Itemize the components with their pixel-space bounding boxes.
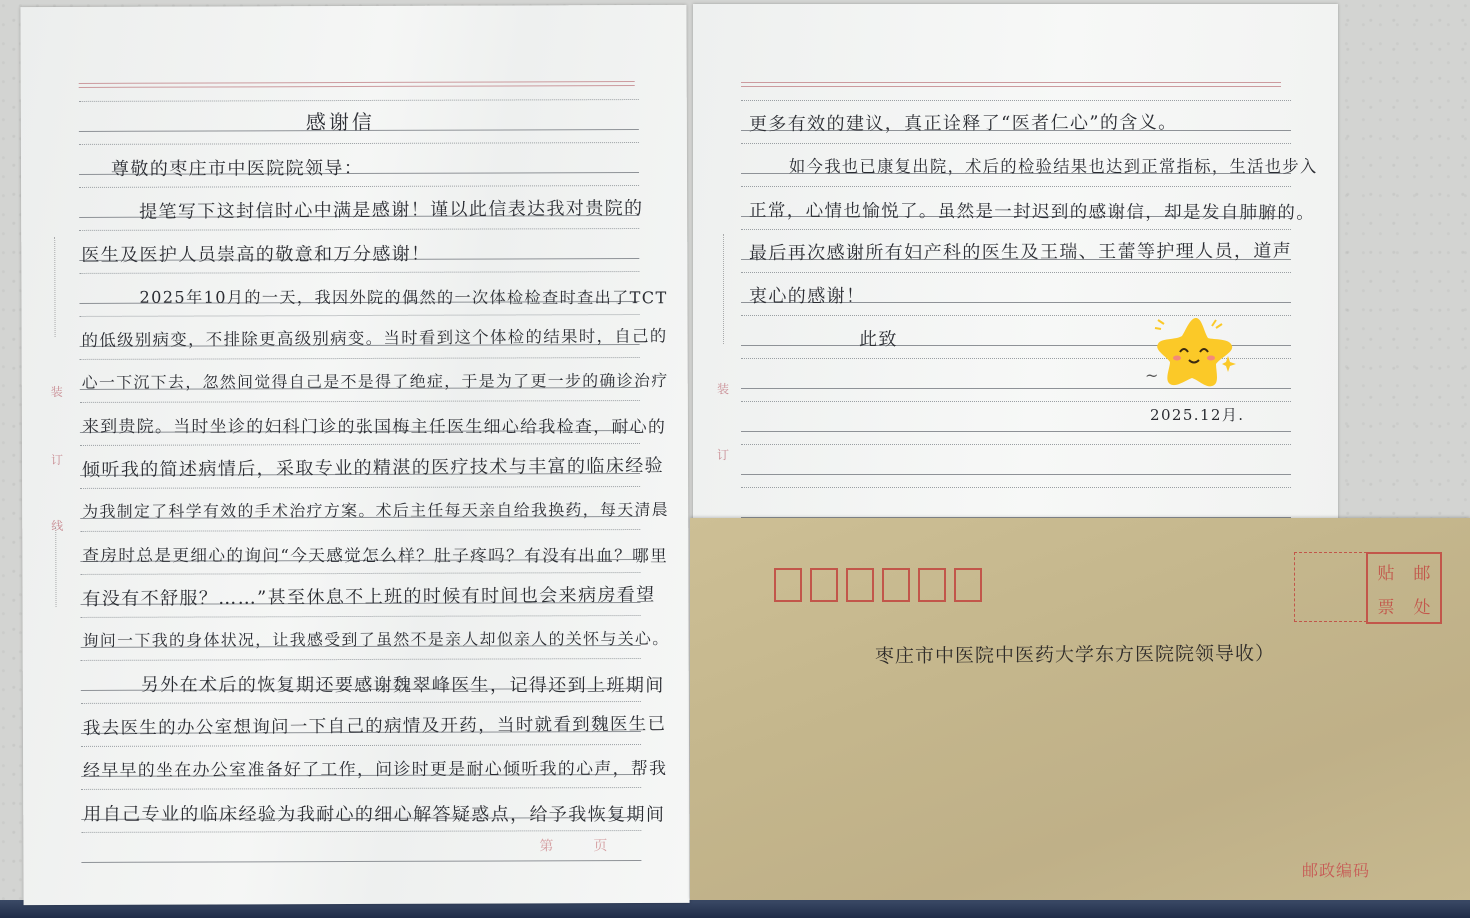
ruled-line: [741, 272, 1291, 273]
margin-mark-zhuang: 装: [51, 383, 63, 400]
page-footer: 第页: [539, 835, 647, 855]
letter-page-1-line: 医生及医护人员崇高的敬意和万分感谢！: [81, 240, 430, 267]
ruled-line: [80, 443, 640, 446]
binding-dots: [723, 234, 724, 344]
binding-dots: [54, 237, 55, 337]
ruled-line: [80, 400, 640, 403]
letter-page-1-line: 来到贵院。当时坐诊的妇科门诊的张国梅主任医生细心给我检查，耐心的: [82, 413, 666, 438]
letter-page-2: 装 订 更多有效的建议，真正诠释了“医者仁心”的含义。如今我也已康复出院，术后的…: [693, 4, 1338, 524]
letter-page-1-line: 有没有不舒服？……”甚至休息不上班的时候有时间也会来病房看望: [82, 580, 655, 611]
salutation: 尊敬的枣庄市中医院院领导：: [111, 154, 363, 181]
ruled-line: [80, 357, 640, 360]
letter-page-1-line: 提笔写下这封信时心中满是感谢！谨以此信表达我对贵院的: [139, 194, 644, 224]
letter-page-1-line: 另外在术后的恢复期还要感谢魏翠峰医生，记得还到上班期间: [141, 671, 665, 697]
stamp-label-box: 贴 邮 票 处: [1366, 552, 1442, 624]
postcode-box: [810, 568, 838, 602]
stamp-area: 贴 邮 票 处: [1294, 552, 1438, 622]
margin-mark-xian: 线: [51, 517, 63, 534]
smiling-star-sticker-icon: [1152, 314, 1236, 390]
letter-page-2-line: 如今我也已康复出院，术后的检验结果也达到正常指标，生活也步入: [789, 153, 1318, 177]
letter-page-1-line: 我去医生的办公室想询问一下自己的病情及开药，当时就看到魏医生已: [83, 709, 667, 739]
ruled-line: [80, 314, 640, 317]
stamp-label: 贴: [1368, 559, 1404, 584]
letter-page-2-line: 最后再次感谢所有妇产科的医生及王瑞、王蕾等护理人员，道声: [749, 237, 1292, 265]
ruled-line: [79, 271, 639, 274]
letter-page-1-line: 经早早的坐在办公室准备好了工作，问诊时更是耐心倾听我的心声，帮我: [83, 755, 667, 781]
ruled-line: [741, 186, 1291, 187]
ruled-line: [81, 860, 641, 863]
letter-page-1-line: 2025年10月的一天，我因外院的偶然的一次体检检查时查出了TCT: [139, 284, 667, 308]
signature-date: 2025.12月.: [1150, 404, 1244, 425]
letter-page-2-line: 正常，心情也愉悦了。虽然是一封迟到的感谢信，却是发自肺腑的。: [749, 196, 1315, 223]
stamp-dashed-box: [1294, 552, 1367, 622]
margin-mark-zhuang: 装: [717, 380, 729, 397]
ruled-line: [741, 100, 1291, 101]
header-rule: [79, 81, 635, 88]
postcode-box: [774, 568, 802, 602]
ruled-line: [741, 431, 1291, 432]
ruled-line: [79, 228, 639, 231]
ruled-line: [741, 401, 1291, 402]
recipient-address: 枣庄市中医院中医药大学东方医院院领导收）: [875, 639, 1275, 669]
ruled-line: [81, 615, 641, 618]
letter-page-1-line: 倾听我的简述病情后，采取专业的精湛的医疗技术与丰富的临床经验: [82, 451, 664, 482]
ruled-line: [80, 572, 640, 575]
letter-page-1-line: 为我制定了科学有效的手术治疗方案。术后主任每天亲自给我换药，每天清晨: [82, 497, 669, 522]
margin-mark-ding: 订: [717, 446, 729, 463]
letter-page-1-line: 用自己专业的临床经验为我耐心的细心解答疑惑点，给予我恢复期间: [83, 800, 665, 827]
ruled-line: [79, 99, 639, 102]
stamp-label: 邮: [1404, 559, 1440, 584]
postcode-boxes: [774, 568, 982, 602]
letter-page-1: 装 订 线 感谢信 尊敬的枣庄市中医院院领导： 提笔写下这封信时心中满是感谢！谨…: [20, 5, 689, 905]
header-rule: [741, 82, 1281, 87]
letter-page-1-line: 心一下沉下去，忽然间觉得自己是不是得了绝症，于是为了更一步的确诊治疗: [82, 368, 669, 393]
ruled-line: [81, 701, 641, 704]
margin-mark-ding: 订: [51, 451, 63, 468]
letter-page-2-line: 此致: [859, 325, 898, 351]
ruled-line: [81, 658, 641, 661]
letter-title: 感谢信: [306, 106, 375, 135]
letter-page-2-line: 更多有效的建议，真正诠释了“医者仁心”的含义。: [749, 108, 1178, 136]
letter-page-1-line: 的低级别病变，不排除更高级别病变。当时看到这个体检的结果时，自己的: [81, 322, 667, 351]
ruled-line: [79, 185, 639, 188]
ruled-line: [80, 486, 640, 489]
ruled-line: [81, 787, 641, 790]
letter-page-2-line: 衷心的感谢！: [749, 282, 865, 308]
binding-dots: [55, 527, 56, 607]
postcode-box: [918, 568, 946, 602]
envelope: 贴 邮 票 处 枣庄市中医院中医药大学东方医院院领导收） 邮政编码: [690, 518, 1470, 900]
ruled-line: [79, 142, 639, 145]
ruled-line: [741, 487, 1291, 488]
letter-page-1-line: 查房时总是更细心的询问“今天感觉怎么样？肚子疼吗？有没有出血？哪里: [82, 542, 668, 567]
ruled-line: [81, 744, 641, 747]
ruled-line: [80, 529, 640, 532]
ruled-line: [741, 143, 1291, 144]
postcode-box: [846, 568, 874, 602]
postcode-box: [882, 568, 910, 602]
stamp-label: 处: [1404, 593, 1440, 618]
stamp-label: 票: [1368, 593, 1404, 618]
ruled-line: [741, 444, 1291, 445]
ruled-line: [741, 474, 1291, 475]
postcode-label: 邮政编码: [1302, 858, 1370, 881]
postcode-box: [954, 568, 982, 602]
ruled-line: [81, 830, 641, 833]
letter-page-1-line: 询问一下我的身体状况，让我感受到了虽然不是亲人却似亲人的关怀与关心。: [83, 626, 670, 651]
ruled-line: [741, 229, 1291, 230]
